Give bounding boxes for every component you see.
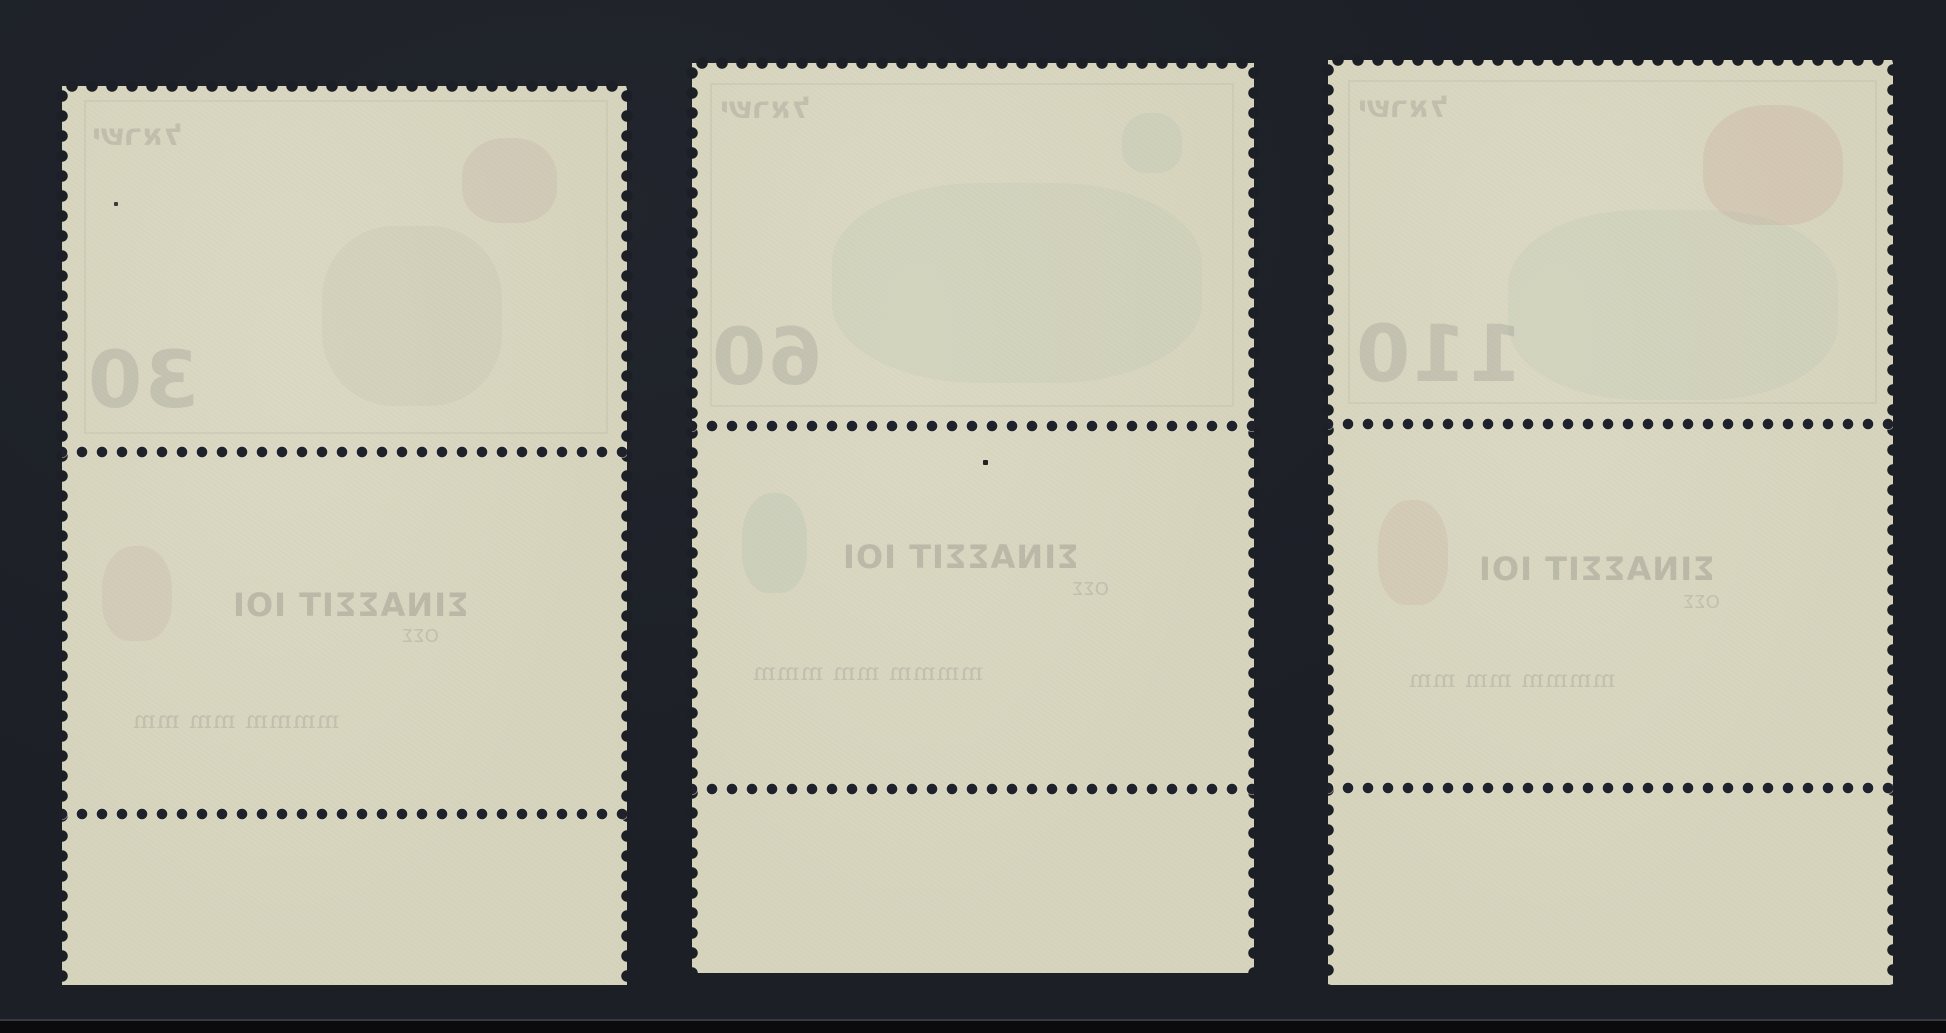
tab-subtitle: ΟΣΣ [1683,592,1720,613]
perforation-left-edge [1322,60,1334,985]
speck [983,460,988,465]
stamp-denomination: 110 [1354,310,1523,400]
stamp-middle: ישראל 60 ΣΙΝΑΣΣΙΤ ΙΟΙ ΟΣΣ mmmm mm mmm [692,63,1254,973]
stamp-left: ישראל 30 ΣΙΝΑΣΣΙΤ ΙΟΙ ΟΣΣ mmmm mm mm [62,86,627,985]
perforation-row-stamp-tab [1328,418,1893,430]
tab-subtitle: ΟΣΣ [1072,579,1109,600]
perforation-row-tab-margin [692,783,1254,795]
stamp-emblem [1122,113,1182,173]
stamp-design-frame [710,83,1234,407]
perforation-right-edge [1248,63,1260,973]
tab-inscription: mmmm mm mm [132,706,339,734]
perforation-left-edge [686,63,698,973]
tab-title: ΣΙΝΑΣΣΙΤ ΙΟΙ [232,586,469,624]
tab-title: ΣΙΝΑΣΣΙΤ ΙΟΙ [1478,550,1715,588]
stamp-country-text: ישראל [720,91,810,126]
stamp-denomination: 60 [710,313,823,403]
perforation-row-tab-margin [1328,782,1893,794]
tab-inscription: mmmm mm mm [1408,665,1615,693]
stamp-denomination: 30 [86,336,199,426]
stamp-design-frame [84,100,608,434]
perforation-bottom-edge [62,979,627,991]
tab-inscription: mmmm mm mmm [752,658,983,686]
perforation-left-edge [56,86,68,985]
speck [114,202,118,206]
tab-subtitle: ΟΣΣ [402,626,439,647]
perforation-row-stamp-tab [62,446,627,458]
stock-card-background: ישראל 30 ΣΙΝΑΣΣΙΤ ΙΟΙ ΟΣΣ mmmm mm mm ישר… [0,0,1946,1033]
stamp-country-text: ישראל [92,118,182,153]
stamp-right: ישראל 110 ΣΙΝΑΣΣΙΤ ΙΟΙ ΟΣΣ mmmm mm mm [1328,60,1893,985]
stamp-figure [832,183,1202,383]
stamp-figure [322,226,502,406]
stock-card-bottom-strip [0,1021,1946,1033]
perforation-top-edge [62,80,627,92]
perforation-top-edge [692,57,1254,69]
perforation-right-edge [1887,60,1899,985]
tab-title: ΣΙΝΑΣΣΙΤ ΙΟΙ [842,538,1079,576]
perforation-row-stamp-tab [692,420,1254,432]
perforation-top-edge [1328,54,1893,66]
stamp-emblem [1703,105,1843,225]
tab-emblem [1378,500,1448,605]
stamp-design-frame [1348,80,1877,404]
stamp-country-text: ישראל [1358,90,1448,125]
tab-emblem [102,546,172,641]
perforation-row-tab-margin [62,808,627,820]
stamp-emblem [462,138,557,223]
tab-emblem [742,493,807,593]
perforation-right-edge [621,86,633,985]
stamp-figure [1508,210,1838,400]
